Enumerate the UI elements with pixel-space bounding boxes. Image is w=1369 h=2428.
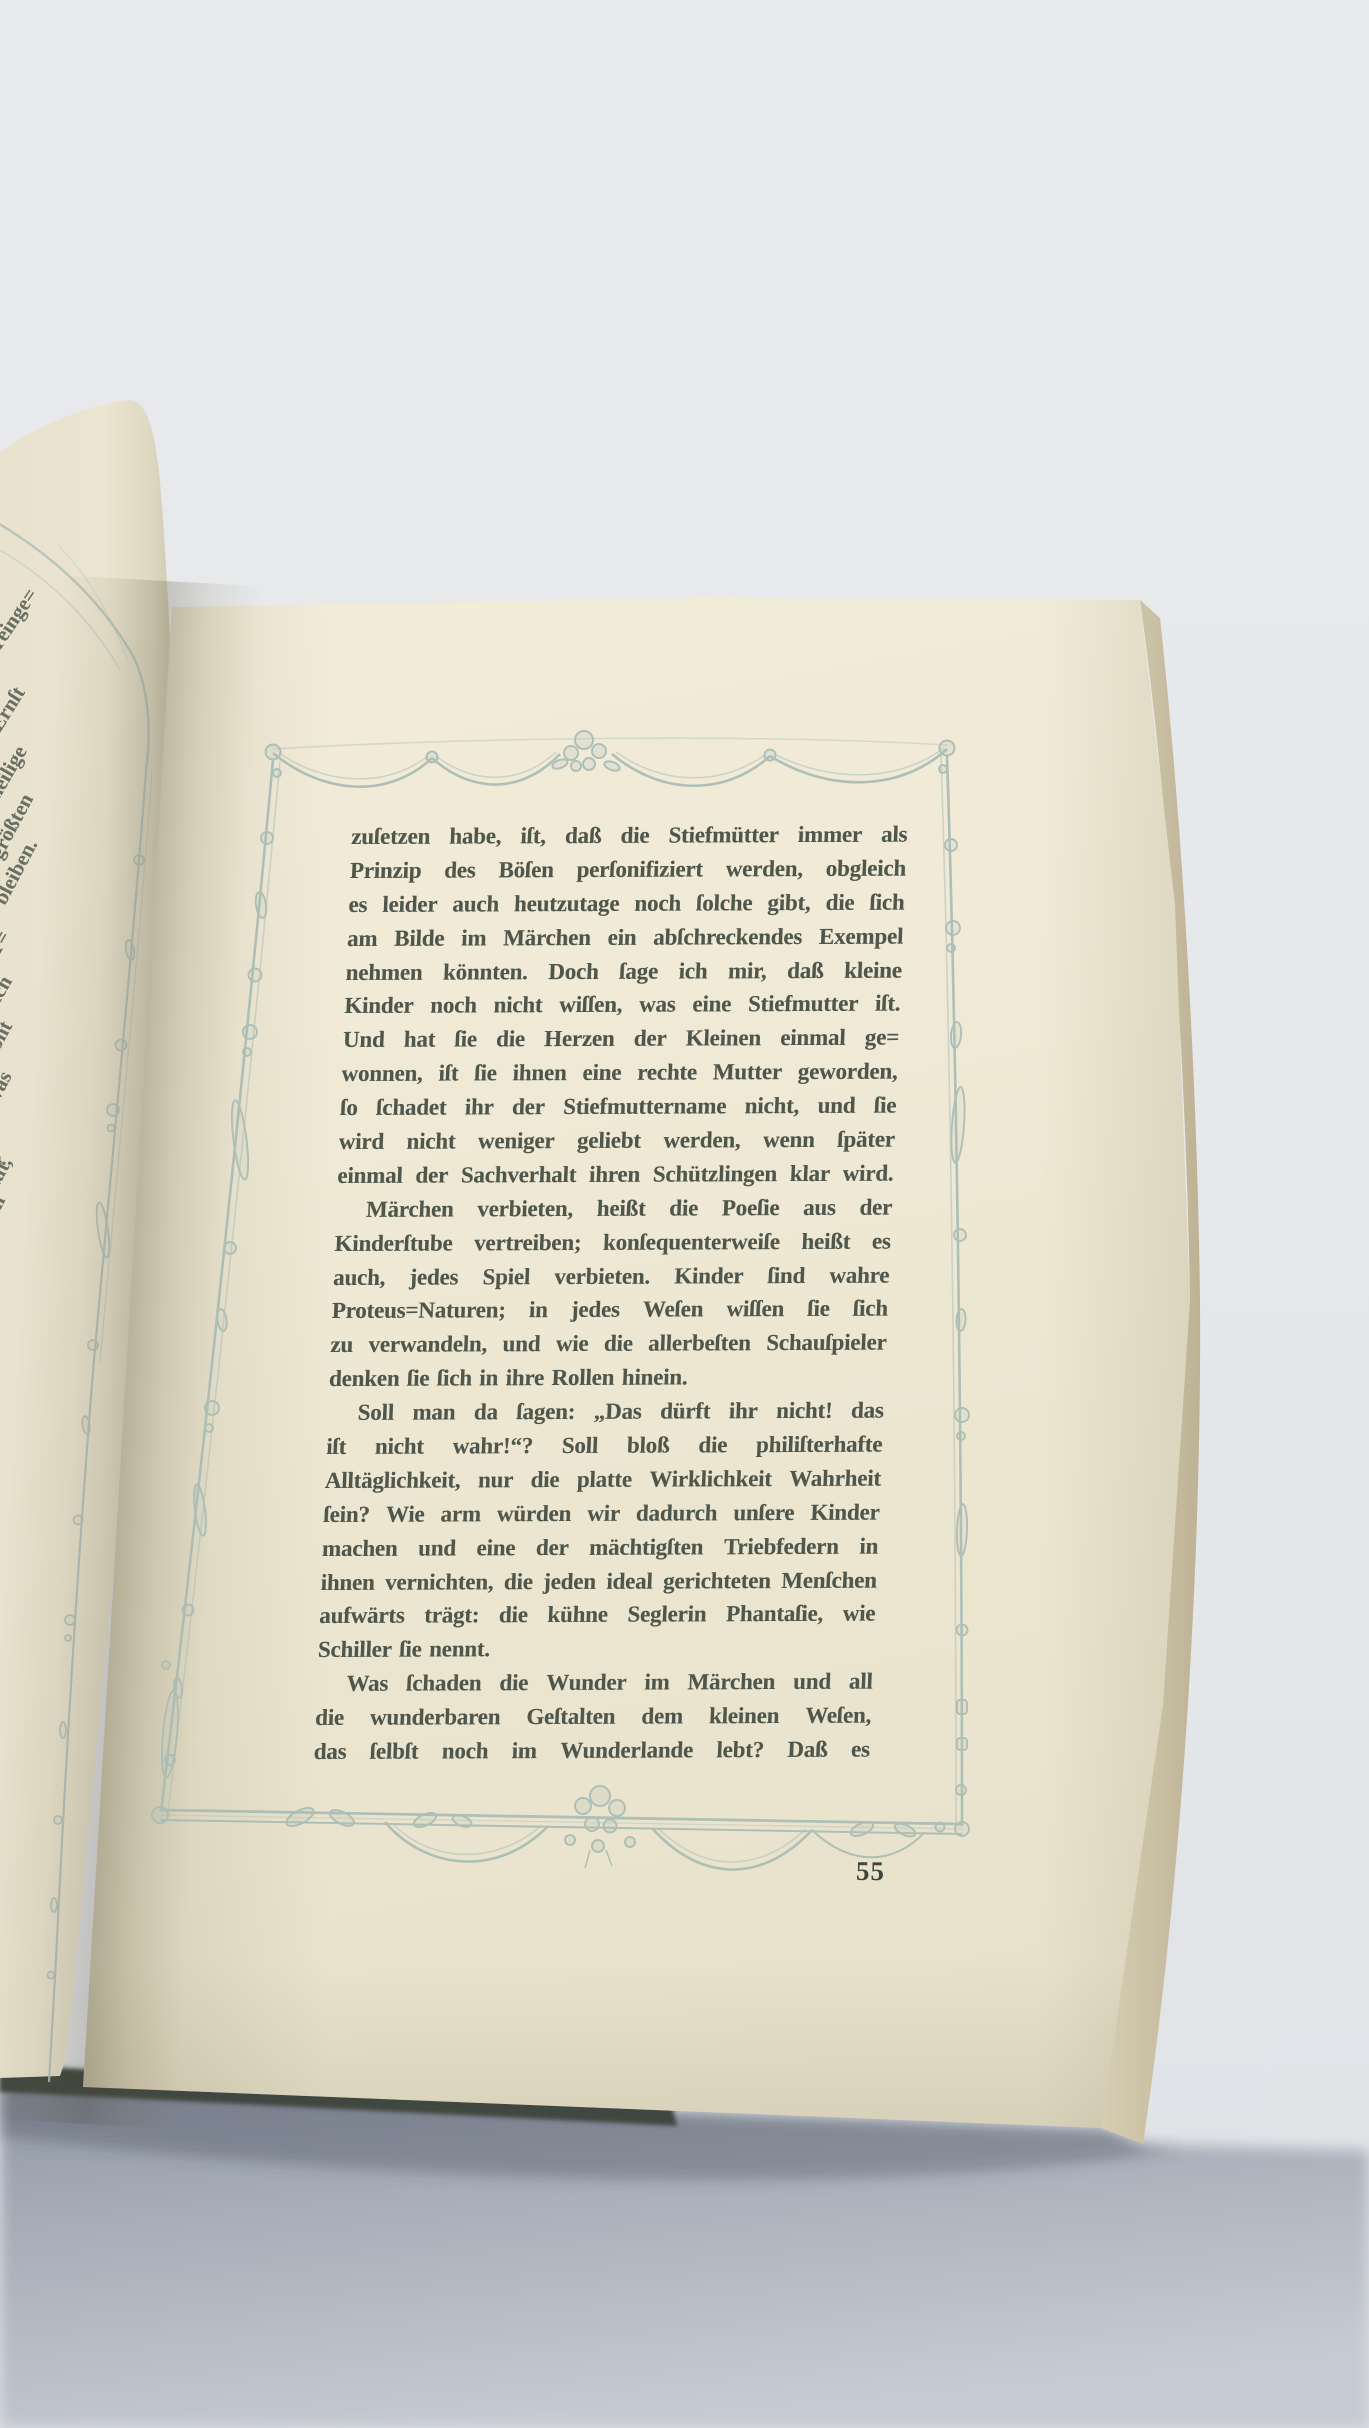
text-line: nehmenkönnten.Dochſageichmir,daßkleine bbox=[345, 953, 902, 989]
text-line: wirdnichtwenigergeliebtwerden,wennſpäter bbox=[338, 1123, 895, 1159]
book-photo: ſich reinge=llem Ernſte heiligegrößtenbl… bbox=[0, 0, 1369, 2428]
text-line: einmalderSachverhaltihrenSchützlingenkla… bbox=[337, 1156, 894, 1192]
partial-text-fragment: mut, bbox=[0, 1153, 17, 1201]
text-line: denkenſieſichinihreRollenhinein. bbox=[328, 1360, 885, 1396]
page-edge-shading bbox=[1040, 580, 1200, 2150]
text-line: amBildeimMärcheneinabſchreckendesExempel bbox=[346, 919, 903, 955]
text-line: Schillerſienennt. bbox=[317, 1631, 874, 1667]
text-line: zuverwandeln,undwiedieallerbeſtenSchauſp… bbox=[330, 1326, 887, 1362]
text-line: UndhatſiedieHerzenderKleineneinmalge= bbox=[342, 1021, 899, 1057]
partial-text-fragment: und bbox=[0, 1233, 5, 1275]
text-line: Alltäglichkeit,nurdieplatteWirklichkeitW… bbox=[324, 1461, 881, 1497]
partial-text-fragment: etwas bbox=[0, 1067, 18, 1123]
partial-text-fragment: ſich reinge= bbox=[0, 584, 43, 685]
partial-text-fragment: zum bbox=[0, 1191, 11, 1237]
text-line: zuſetzenhabe,iſt,daßdieStiefmütterimmera… bbox=[351, 818, 908, 854]
page-number: 55 bbox=[856, 1856, 885, 1887]
partial-text-fragment: en bbox=[0, 1283, 1, 1313]
text-line: Kinderſtubevertreiben;konſequenterweiſeh… bbox=[334, 1224, 891, 1260]
text-line: ſein?WiearmwürdenwirdadurchunſereKinder bbox=[323, 1495, 880, 1531]
body-text-block: zuſetzenhabe,iſt,daßdieStiefmütterimmera… bbox=[313, 818, 908, 1769]
text-line: Märchenverbieten,heißtdiePoeſieausder bbox=[335, 1190, 892, 1226]
text-line: auch,jedesSpielverbieten.Kinderſindwahre bbox=[333, 1258, 890, 1294]
text-line: Proteus=Naturen;injedesWeſenwiſſenſieſic… bbox=[331, 1292, 888, 1328]
text-line: Kindernochnichtwiſſen,waseineStiefmutter… bbox=[344, 987, 901, 1023]
text-line: esleiderauchheutzutagenochſolchegibt,die… bbox=[348, 885, 905, 921]
text-line: ihnenvernichten,diejedenidealgerichteten… bbox=[320, 1563, 877, 1599]
text-line: iſtnichtwahr!“?Sollbloßdiephiliſterhafte bbox=[326, 1428, 883, 1464]
text-line: ſoſchadetihrderStiefmutternamenicht,undſ… bbox=[339, 1089, 896, 1125]
text-line: dasſelbſtnochimWunderlandelebt?Daßes bbox=[313, 1733, 870, 1769]
text-line: machenundeinedermächtigſtenTriebfedernin bbox=[321, 1529, 878, 1565]
text-line: Sollmandaſagen:„Dasdürftihrnicht!das bbox=[327, 1394, 884, 1430]
text-line: PrinzipdesBöſenperſonifiziertwerden,obgl… bbox=[349, 851, 906, 887]
text-line: diewunderbarenGeſtaltendemkleinenWeſen, bbox=[314, 1699, 871, 1735]
text-line: wonnen,iſtſieihneneinerechteMuttergeword… bbox=[341, 1055, 898, 1091]
text-line: WasſchadendieWunderimMärchenundall bbox=[316, 1665, 873, 1701]
text-line: aufwärtsträgt:diekühneSeglerinPhantaſie,… bbox=[319, 1597, 876, 1633]
